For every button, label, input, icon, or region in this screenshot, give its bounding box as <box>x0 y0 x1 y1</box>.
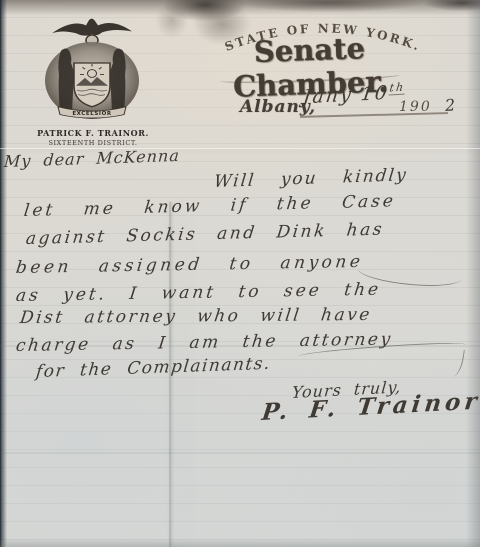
photo-right-edge <box>466 0 480 547</box>
date-day: Jany 10 <box>302 82 391 109</box>
pen-flourish <box>450 348 465 377</box>
letter-line: let me know if the Case <box>23 191 397 221</box>
letter-line: Dist attorney who will have <box>19 305 373 328</box>
date-handwritten: Jany 10th <box>302 81 406 109</box>
sender-block: PATRICK F. TRAINOR. SIXTEENTH DISTRICT. <box>26 128 160 147</box>
letter-line: been assigned to anyone <box>15 252 365 278</box>
letter-line: Will you kindly <box>213 165 409 192</box>
letter-photograph: EXCELSIOR PATRICK F. TRAINOR. SIXTEENTH … <box>0 0 480 547</box>
eagle-icon <box>52 19 132 36</box>
excelsior-motto: EXCELSIOR <box>72 111 111 117</box>
salutation: My dear McKenna <box>3 146 180 171</box>
letter-line: for the Complainants. <box>35 354 272 382</box>
letter-line: against Sockis and Dink has <box>25 220 385 249</box>
ny-coat-of-arms: EXCELSIOR <box>28 14 156 126</box>
sender-name: PATRICK F. TRAINOR. <box>26 128 160 138</box>
date-ordinal: th <box>389 81 406 96</box>
photo-left-edge <box>0 0 7 547</box>
sender-district: SIXTEENTH DISTRICT. <box>26 139 160 147</box>
letter-line: as yet. I want to see the <box>15 280 383 306</box>
horizontal-fold-crease <box>0 452 480 454</box>
photo-bottom-edge <box>0 538 480 547</box>
